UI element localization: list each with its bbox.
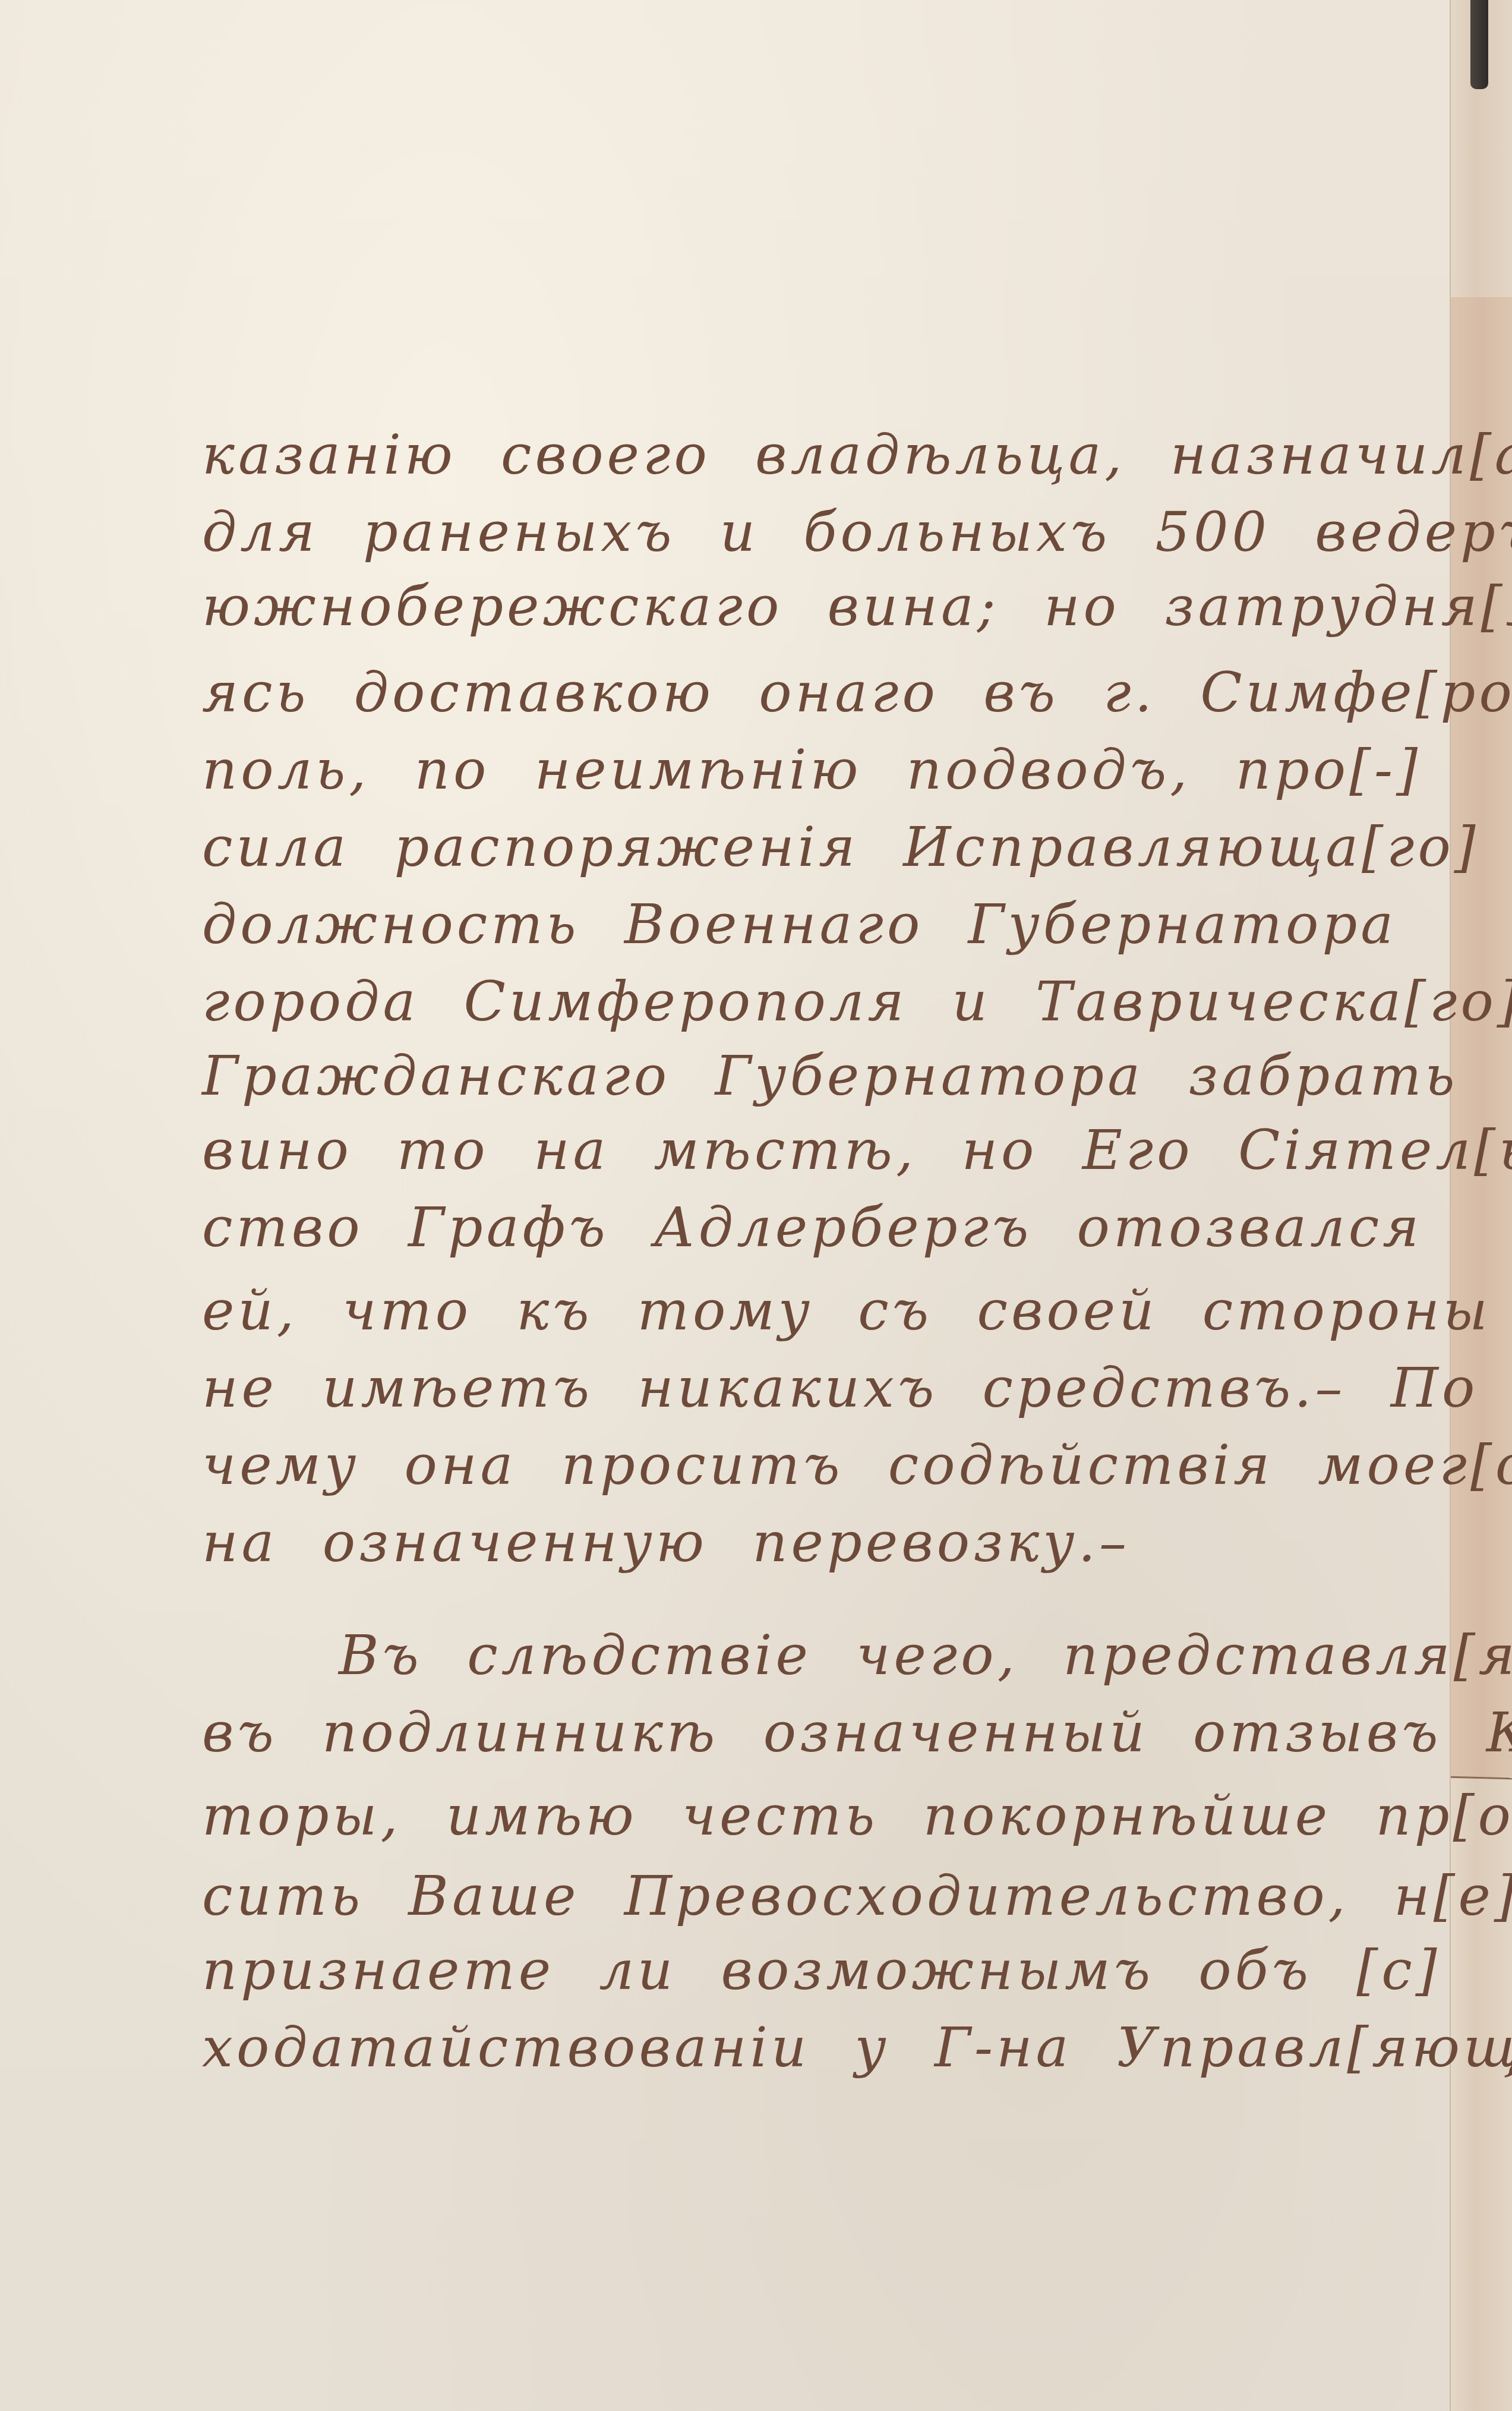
text-line: въ подлинникѣ означенный отзывъ Ко[н-] xyxy=(202,1706,1512,1760)
text-line: ходатайствованіи у Г-на Управл[яющаго] xyxy=(202,2021,1512,2075)
text-line: на означенную перевозку.– xyxy=(202,1515,1130,1570)
text-line: сить Ваше Превосходительство, н[е] xyxy=(202,1869,1512,1924)
binding-thread xyxy=(1470,0,1488,89)
text-line: поль, по неимѣнію подводъ, про[-] xyxy=(202,743,1421,798)
text-line: города Симферополя и Таврическа[го] xyxy=(202,975,1512,1029)
text-line: южнобережскаго вина; но затрудня[я] xyxy=(202,579,1512,634)
text-line: казанію своего владѣльца, назначил[а] xyxy=(202,428,1512,483)
text-line: Гражданскаго Губернатора забрать xyxy=(202,1049,1459,1104)
text-line: торы, имѣю честь покорнѣйше пр[о-] xyxy=(202,1789,1512,1843)
text-line: вино то на мѣстѣ, но Его Сіятел[ь-] xyxy=(202,1123,1512,1178)
text-line: чему она проситъ содѣйствія моег[о] xyxy=(202,1438,1512,1493)
text-line: ство Графъ Адлербергъ отозвался xyxy=(202,1200,1422,1255)
text-line: признаете ли возможнымъ объ [с] xyxy=(202,1943,1441,1998)
text-line: ясь доставкою онаго въ г. Симфе[ро] xyxy=(202,666,1512,720)
text-line: не имѣетъ никакихъ средствъ.– По xyxy=(202,1361,1478,1416)
text-line: для раненыхъ и больныхъ 500 ведеръ xyxy=(202,505,1512,560)
text-line: сила распоряженія Исправляюща[го] xyxy=(202,820,1479,875)
paragraph-start-line: Въ слѣдствіе чего, представля[я] xyxy=(339,1628,1512,1683)
text-line: должность Военнаго Губернатора xyxy=(202,897,1397,952)
text-line: ей, что къ тому съ своей стороны xyxy=(202,1284,1491,1338)
